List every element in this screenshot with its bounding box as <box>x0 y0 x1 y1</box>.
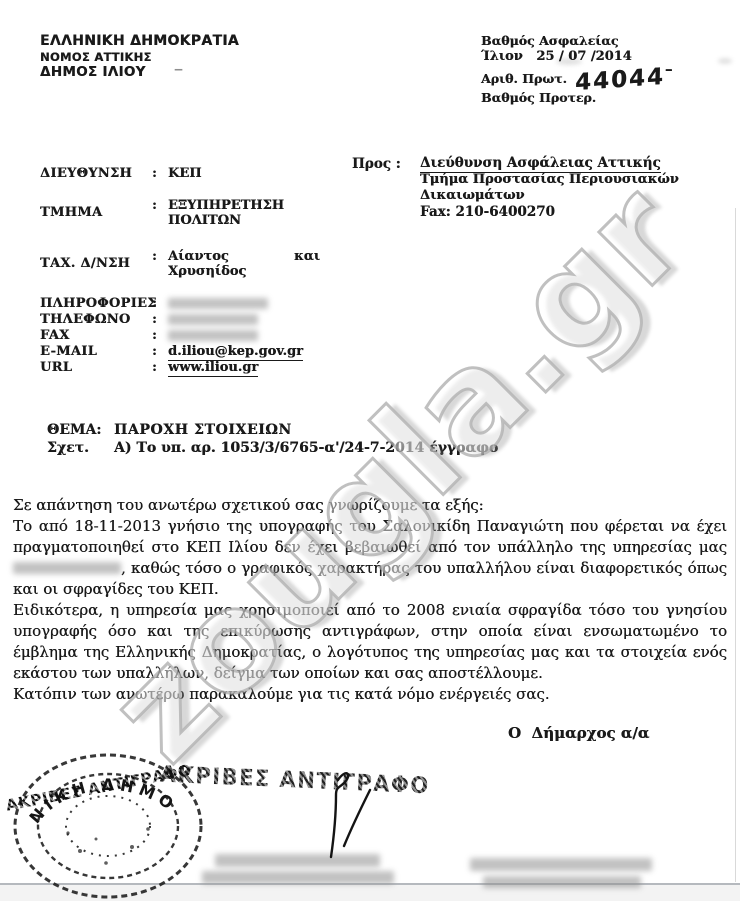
priority-grade-label: Βαθμός Προτερ. <box>481 90 596 105</box>
subject-label: ΘΕΜΑ: <box>47 422 101 438</box>
field-colon: : <box>152 312 157 327</box>
field-colon: : <box>152 344 157 359</box>
reference-label: Σχετ. <box>47 440 89 456</box>
field-value-line: ΠΟΛΙΤΩΝ <box>168 213 284 228</box>
redacted-employee-name <box>13 562 121 574</box>
field-label: ΤΑΧ. Δ/ΝΣΗ <box>40 256 130 271</box>
scan-edge-right-line <box>735 208 736 882</box>
body-p2-before: Το από 18-11-2013 γνήσιο της υπογραφής τ… <box>13 517 727 556</box>
handwritten-signature <box>290 766 400 866</box>
redacted-value <box>168 330 258 341</box>
field-label: FAX <box>40 328 70 343</box>
redacted-signer-name-right <box>470 858 652 871</box>
email-value: d.iliou@kep.gov.gr <box>168 344 303 361</box>
body-paragraph-1: Σε απάντηση του ανωτέρω σχετικού σας γνω… <box>13 495 727 516</box>
field-label: ΔΙΕΥΘΥΝΣΗ <box>40 166 132 181</box>
redacted-value <box>168 298 268 309</box>
body-paragraph-4: Κατόπιν των ανωτέρω παρακαλούμε για τις … <box>13 684 727 705</box>
field-label: URL <box>40 360 72 375</box>
subject-value: ΠΑΡΟΧΗ ΣΤΟΙΧΕΙΩΝ <box>114 422 292 438</box>
field-value-line: Αίαντος και <box>168 249 320 264</box>
reference-value: Α) Το υπ. αρ. 1053/3/6765-α'/24-7-2014 έ… <box>114 440 498 456</box>
header-prefecture: ΝΟΜΟΣ ΑΤΤΙΚΗΣ <box>40 50 152 64</box>
field-colon: : <box>152 328 157 343</box>
document-page: zougla.gr ΕΛΛΗΝΙΚΗ ΔΗΜΟΚΡΑΤΙΑ ΝΟΜΟΣ ΑΤΤΙ… <box>0 0 740 901</box>
field-value-line: Χρυσηίδος <box>168 264 320 279</box>
field-value: ΕΞΥΠΗΡΕΤΗΣΗ ΠΟΛΙΤΩΝ <box>168 198 284 228</box>
header-municipality: ΔΗΜΟΣ ΙΛΙΟΥ <box>40 64 146 80</box>
scan-artifact-smudge <box>718 58 732 64</box>
place-date: Ίλιον 25 / 07 /2014 <box>481 49 632 64</box>
field-value: Αίαντος και Χρυσηίδος <box>168 249 320 279</box>
body-paragraph-2: Το από 18-11-2013 γνήσιο της υπογραφής τ… <box>13 516 727 600</box>
address-street: Αίαντος <box>168 249 229 264</box>
recipient-fax: Fax: 210-6400270 <box>420 204 555 220</box>
letter-body: Σε απάντηση του ανωτέρω σχετικού σας γνω… <box>13 495 727 705</box>
scan-artifact-dash: ‒ <box>174 62 183 77</box>
field-colon: : <box>152 360 157 375</box>
url-value: www.iliou.gr <box>168 360 258 377</box>
field-label: ΠΛΗΡΟΦΟΡΙΕΣ <box>40 296 157 311</box>
field-label: ΤΗΛΕΦΩΝΟ <box>40 312 130 327</box>
to-label: Προς : <box>352 156 401 172</box>
protocol-label: Αριθ. Πρωτ. <box>481 71 567 86</box>
redacted-signer-title-right <box>483 876 641 888</box>
header-country: ΕΛΛΗΝΙΚΗ ΔΗΜΟΚΡΑΤΙΑ <box>40 33 239 49</box>
field-value: ΚΕΠ <box>168 166 201 181</box>
stamp-noise-dots <box>66 827 149 865</box>
field-label: ΤΜΗΜΑ <box>40 205 102 220</box>
recipient-directorate: Διεύθυνση Ασφάλειας Αττικής <box>420 155 661 173</box>
field-colon: : <box>152 296 157 311</box>
recipient-department-line2: Δικαιωμάτων <box>420 188 524 203</box>
redacted-value <box>168 314 258 325</box>
field-colon: : <box>152 166 157 181</box>
field-label: E-MAIL <box>40 344 97 359</box>
body-paragraph-3: Ειδικότερα, η υπηρεσία μας χρησιμοποιεί … <box>13 600 727 684</box>
redacted-signer-title-center <box>202 871 394 884</box>
field-colon: : <box>152 249 157 264</box>
protocol-dash: – <box>665 60 673 78</box>
field-value-line: ΕΞΥΠΗΡΕΤΗΣΗ <box>168 198 284 213</box>
signer-title: Ο Δήμαρχος α/α <box>508 724 649 742</box>
field-colon: : <box>152 198 157 213</box>
security-grade-label: Βαθμός Ασφαλείας <box>481 33 618 48</box>
address-and: και <box>294 249 320 264</box>
recipient-department-line1: Τμήμα Προστασίας Περιουσιακών <box>420 172 679 187</box>
